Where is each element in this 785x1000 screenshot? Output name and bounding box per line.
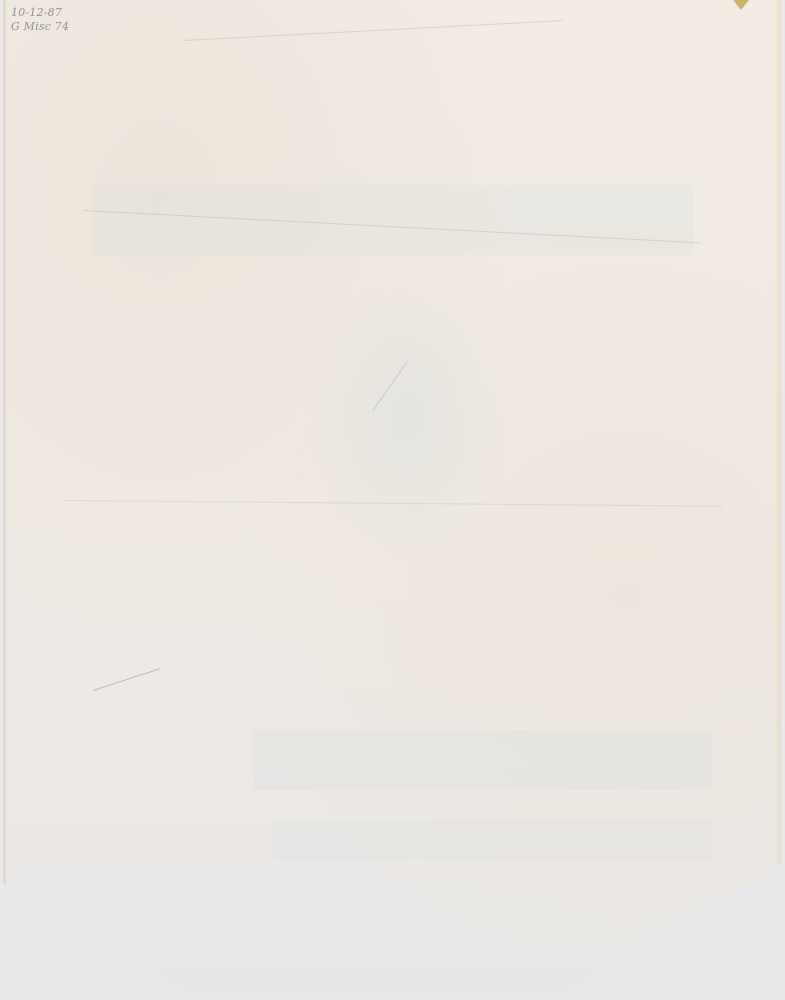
handwritten-catalog-number: G Misc 74 [11,20,69,34]
document-sheet: 10-12-87 G Misc 74 [3,0,781,993]
paper-right-edge [775,0,781,864]
yellow-tab-mark [733,0,749,10]
paper-left-edge [3,0,6,884]
pencil-mark [93,668,160,691]
handwritten-date: 10-12-87 [11,6,69,20]
show-through-body-area [273,820,713,860]
paper-fold-line [63,500,723,507]
paper-crease [373,361,408,411]
show-through-heading-area [253,730,713,790]
paper-crease [183,20,563,41]
handwritten-notes: 10-12-87 G Misc 74 [11,6,69,34]
show-through-title-area [93,185,693,255]
